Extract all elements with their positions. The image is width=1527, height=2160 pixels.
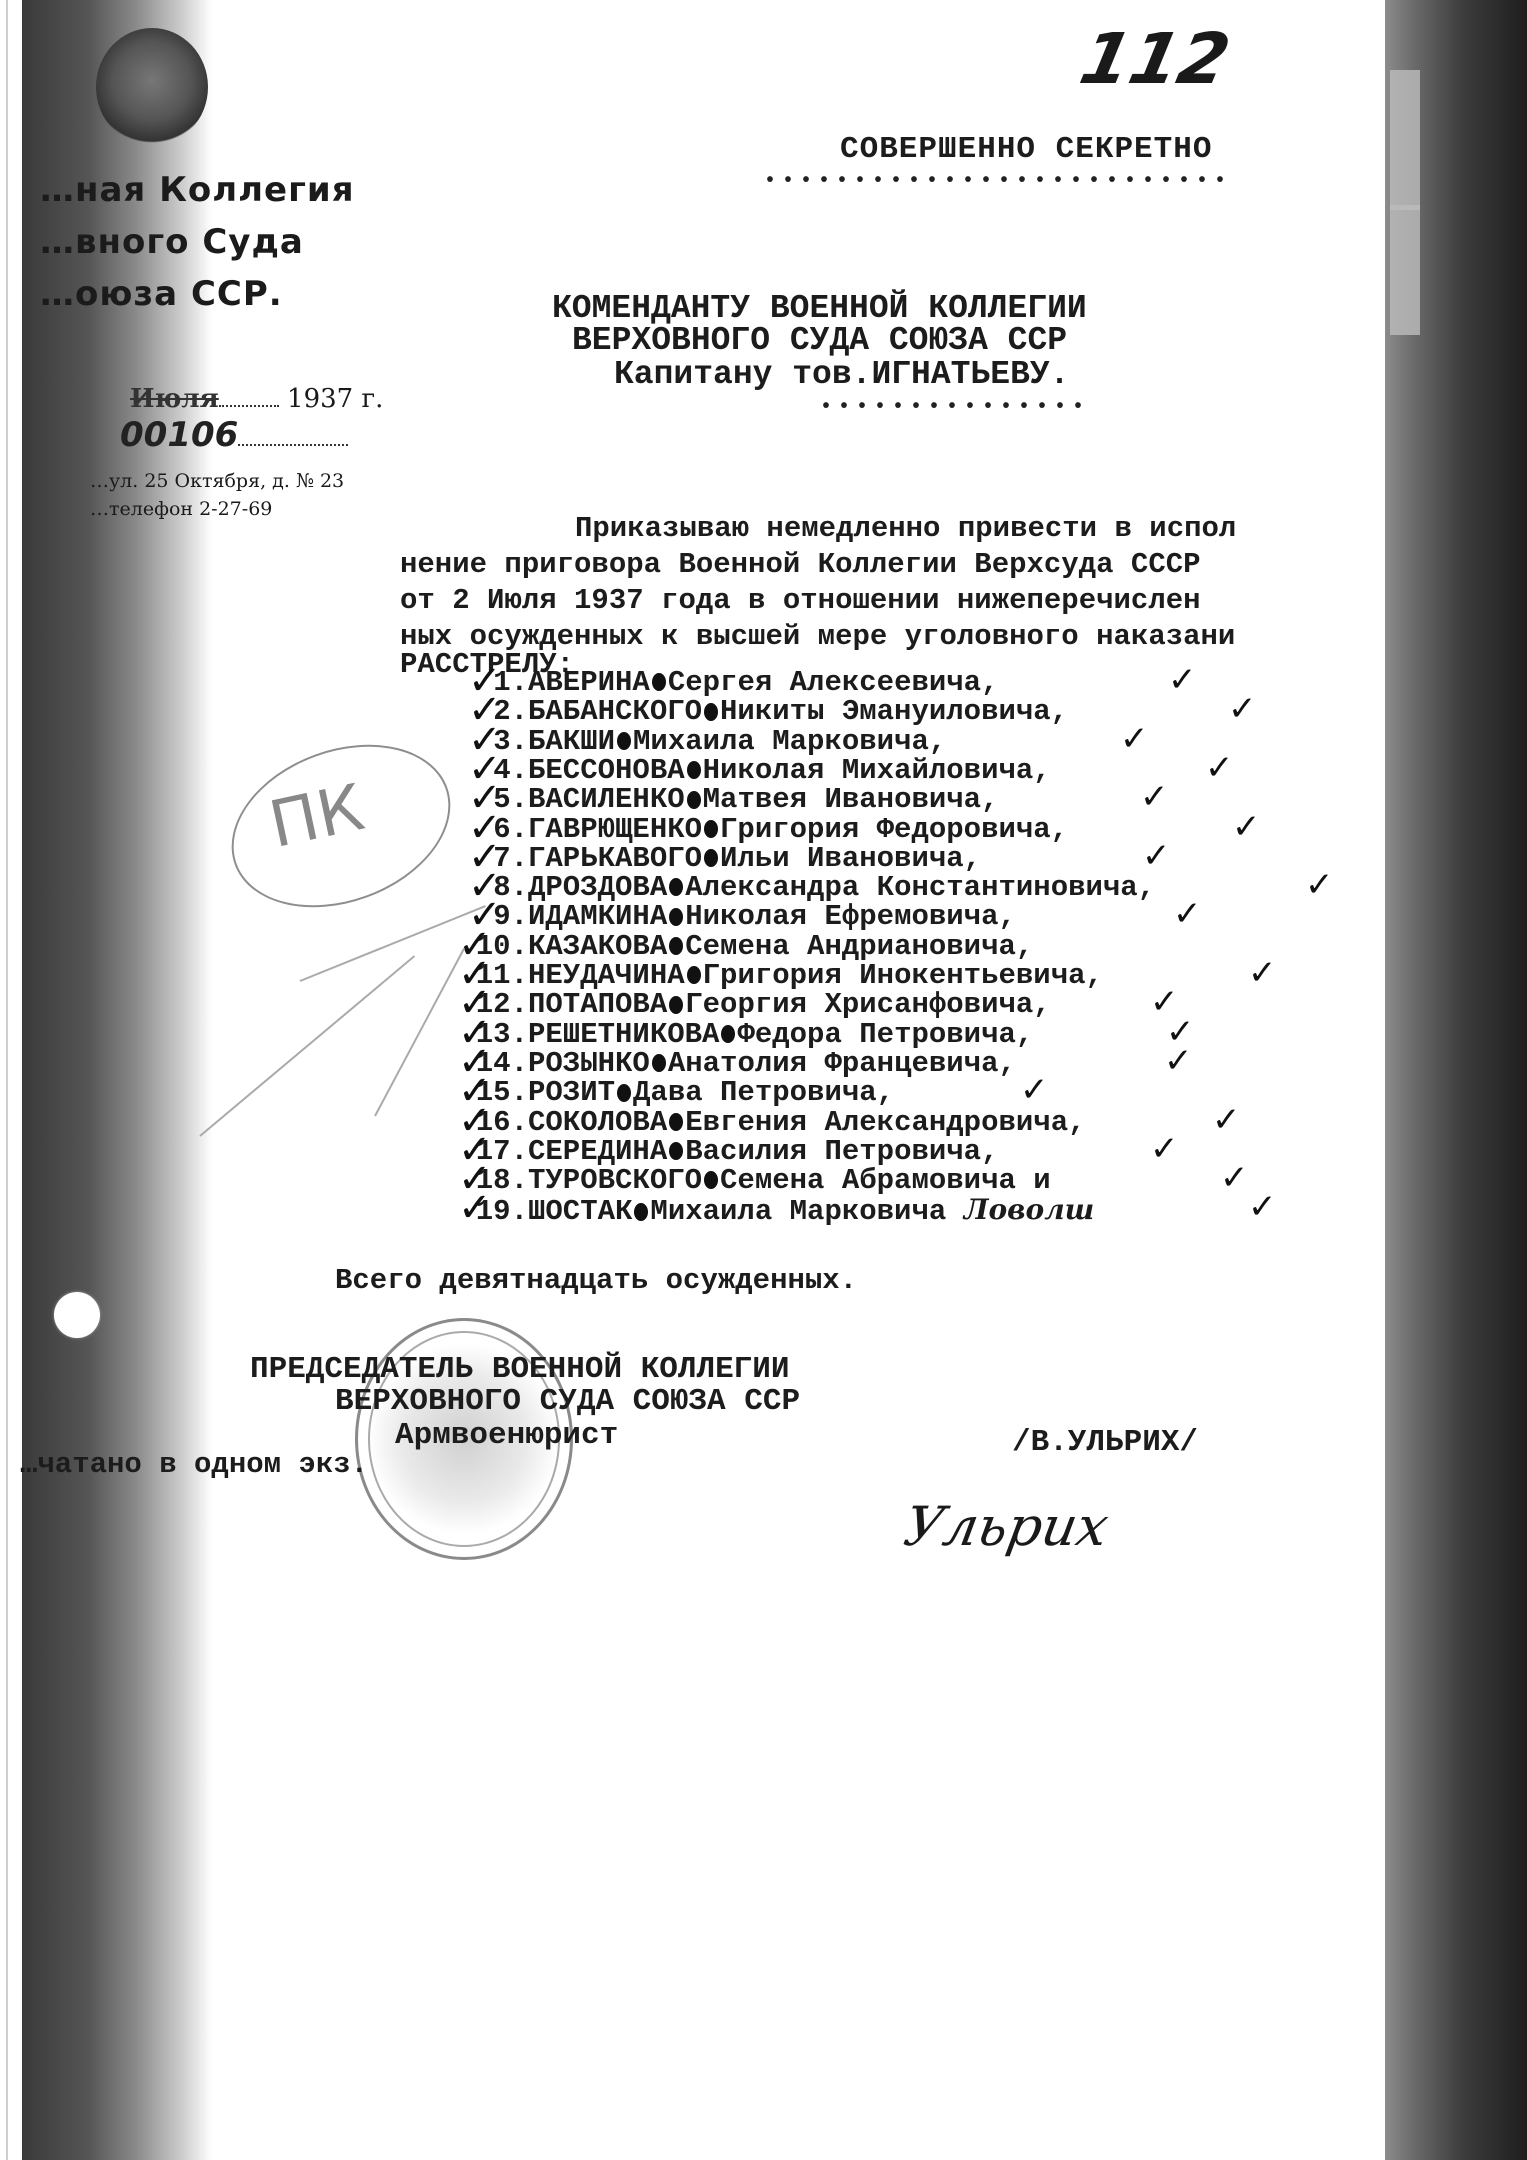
check-mark-icon: ✓ — [1248, 953, 1277, 993]
binding-tab — [1390, 70, 1420, 210]
list-item: 15.РОЗИТДава Петровича, — [470, 1076, 894, 1109]
check-mark-icon: ✓ — [1164, 1041, 1193, 1081]
list-item: 5.ВАСИЛЕНКОМатвея Ивановича, — [470, 783, 999, 816]
list-item-given-names: Михаила Марковича, — [633, 725, 946, 758]
signatory-rank: Армвоенюрист — [395, 1418, 618, 1453]
list-item-given-names: Никиты Эмануиловича, — [720, 695, 1068, 728]
list-item-surname: АВЕРИНА — [528, 666, 650, 699]
addressee-dots: ••••••••••••••• — [820, 396, 1090, 419]
list-item-given-names: Дава Петровича, — [633, 1076, 894, 1109]
list-item-surname: СЕРЕДИНА — [528, 1135, 667, 1168]
list-item-surname: ГАРЬКАВОГО — [528, 842, 702, 875]
list-item: 13.РЕШЕТНИКОВАФедора Петровича, — [470, 1018, 1033, 1051]
list-item: 11.НЕУДАЧИНАГригория Инокентьевича, — [470, 959, 1103, 992]
list-item: 12.ПОТАПОВАГеоргия Хрисанфовича, — [470, 988, 1051, 1021]
classification-dots: •••••••••••••••••••••••••• — [764, 170, 1232, 193]
list-item-surname: ШОСТАК — [528, 1195, 632, 1228]
signatory-title-line-2: ВЕРХОВНОГО СУДА СОЮЗА ССР — [335, 1384, 800, 1419]
document-number: 00106 — [120, 415, 238, 455]
list-item-surname: КАЗАКОВА — [528, 930, 667, 963]
pencil-stroke — [374, 948, 465, 1117]
check-mark-icon: ✓ — [1120, 719, 1149, 759]
list-item-surname: НЕУДАЧИНА — [528, 959, 685, 992]
scan-shadow-left — [22, 0, 212, 2160]
list-item: 3.БАКШИМихаила Марковича, — [470, 725, 946, 758]
list-item-surname: РОЗИТ — [528, 1076, 615, 1109]
ink-blot-icon — [669, 908, 683, 926]
check-mark-icon: ✓ — [1212, 1100, 1241, 1140]
ink-blot-icon — [687, 791, 701, 809]
list-item: 1.АВЕРИНАСергея Алексеевича, — [470, 666, 998, 699]
ink-blot-icon — [704, 1171, 718, 1189]
list-item-given-names: Сергея Алексеевича, — [668, 666, 999, 699]
list-item-given-names: Михаила Марковича — [650, 1195, 946, 1228]
list-item-given-names: Григория Инокентьевича, — [703, 959, 1103, 992]
letterhead-date: Июля 1937 г. — [130, 384, 383, 414]
ink-blot-icon — [652, 673, 666, 691]
ink-blot-icon — [617, 732, 631, 750]
check-mark-icon: ✓ — [1205, 748, 1234, 788]
ink-blot-icon — [704, 820, 718, 838]
ink-blot-icon — [669, 996, 683, 1014]
check-mark-icon: ✓ — [1142, 836, 1171, 876]
list-item-given-names: Григория Федоровича, — [720, 813, 1068, 846]
classification-heading: СОВЕРШЕННО СЕКРЕТНО — [840, 132, 1212, 167]
date-year: 1937 г. — [287, 384, 383, 414]
ink-blot-icon — [634, 1203, 648, 1221]
list-item: 9.ИДАМКИНАНиколая Ефремовича, — [470, 900, 1016, 933]
list-item: 17.СЕРЕДИНАВасилия Петровича, — [470, 1135, 999, 1168]
list-item: 4.БЕССОНОВАНиколая Михайловича, — [470, 754, 1051, 787]
check-mark-icon: ✓ — [1150, 1129, 1179, 1169]
list-item-given-names: Александра Константиновича, — [685, 871, 1155, 904]
order-line-2: нение приговора Военной Коллегии Верхсуд… — [400, 546, 1201, 584]
letterhead-line-1: …ная Коллегия — [40, 170, 355, 210]
ink-blot-icon — [669, 937, 683, 955]
ink-blot-icon — [721, 1025, 735, 1043]
check-mark-icon: ✓ — [1168, 660, 1197, 700]
list-item-surname: ВАСИЛЕНКО — [528, 783, 685, 816]
list-item-surname: РОЗЫНКО — [528, 1047, 650, 1080]
addressee-line-2: ВЕРХОВНОГО СУДА СОЮЗА ССР — [572, 322, 1067, 359]
check-mark-icon: ✓ — [1140, 777, 1169, 817]
letterhead-line-3: …оюза ССР. — [40, 274, 283, 314]
check-mark-icon: ✓ — [1248, 1187, 1277, 1227]
list-item-given-names: Семена Абрамовича и — [720, 1164, 1051, 1197]
ink-blot-icon — [704, 703, 718, 721]
total-line: Всего девятнадцать осужденных. — [335, 1262, 857, 1300]
check-mark-icon: ✓ — [458, 1185, 492, 1231]
letterhead-address: …ул. 25 Октября, д. № 23 — [90, 470, 344, 492]
list-item-surname: ТУРОВСКОГО — [528, 1164, 702, 1197]
punch-hole — [54, 1292, 100, 1338]
list-item: 8.ДРОЗДОВААлександра Константиновича, — [470, 871, 1155, 904]
list-item-surname: ПОТАПОВА — [528, 988, 667, 1021]
ink-blot-icon — [704, 849, 718, 867]
handwritten-signature: Ульрих — [899, 1495, 1113, 1558]
order-line-1: Приказываю немедленно привести в испол — [575, 510, 1236, 548]
list-item-surname: БАБАНСКОГО — [528, 695, 702, 728]
list-item-surname: ДРОЗДОВА — [528, 871, 667, 904]
check-mark-icon: ✓ — [1232, 807, 1261, 847]
ink-blot-icon — [687, 966, 701, 984]
letterhead-line-2: …вного Суда — [40, 222, 304, 262]
signatory-name: /В.УЛЬРИХ/ — [1012, 1425, 1198, 1460]
date-month: Июля — [130, 384, 219, 414]
letterhead-number: 00106 — [120, 415, 348, 455]
page-edge — [6, 0, 8, 2160]
ink-blot-icon — [669, 1113, 683, 1131]
list-item-given-names: Николая Ефремовича, — [685, 900, 1016, 933]
list-item: 2.БАБАНСКОГОНикиты Эмануиловича, — [470, 695, 1068, 728]
binding-tab — [1390, 205, 1420, 335]
signatory-title-line-1: ПРЕДСЕДАТЕЛЬ ВОЕННОЙ КОЛЛЕГИИ — [250, 1352, 790, 1387]
check-mark-icon: ✓ — [1305, 865, 1334, 905]
list-item-given-names: Николая Михайловича, — [703, 754, 1051, 787]
ink-blot-icon — [617, 1084, 631, 1102]
list-item-surname: ГАВРЮЩЕНКО — [528, 813, 702, 846]
list-item-given-names: Георгия Хрисанфовича, — [685, 988, 1050, 1021]
list-item-given-names: Семена Андриановича, — [685, 930, 1033, 963]
list-item-surname: БАКШИ — [528, 725, 615, 758]
list-item: 7.ГАРЬКАВОГОИльи Ивановича, — [470, 842, 981, 875]
ink-blot-icon — [669, 1142, 683, 1160]
pencil-stroke — [199, 955, 415, 1137]
list-item: 19.ШОСТАКМихаила Марковича Ловолш — [470, 1193, 1094, 1228]
check-mark-icon: ✓ — [1173, 894, 1202, 934]
check-mark-icon: ✓ — [1220, 1158, 1249, 1198]
addressee-line-3: Капитану тов.ИГНАТЬЕВУ. — [614, 356, 1069, 393]
list-item-surname: РЕШЕТНИКОВА — [528, 1018, 719, 1051]
list-item: 16.СОКОЛОВАЕвгения Александровича, — [470, 1106, 1086, 1139]
handwritten-annotation: Ловолш — [964, 1193, 1095, 1226]
check-mark-icon: ✓ — [1228, 689, 1257, 729]
list-item: 14.РОЗЫНКОАнатолия Францевича, — [470, 1047, 1016, 1080]
ink-blot-icon — [669, 878, 683, 896]
list-item-given-names: Федора Петровича, — [737, 1018, 1033, 1051]
ussr-emblem-icon — [96, 28, 208, 146]
check-mark-icon: ✓ — [1020, 1070, 1049, 1110]
list-item-given-names: Евгения Александровича, — [685, 1106, 1085, 1139]
folio-number: 112 — [1073, 18, 1237, 100]
order-line-3: от 2 Июля 1937 года в отношении нижепере… — [400, 582, 1201, 620]
list-item: 6.ГАВРЮЩЕНКОГригория Федоровича, — [470, 813, 1068, 846]
list-item-surname: СОКОЛОВА — [528, 1106, 667, 1139]
list-item: 10.КАЗАКОВАСемена Андриановича, — [470, 930, 1033, 963]
ink-blot-icon — [652, 1054, 666, 1072]
copies-note: …чатано в одном экз. — [20, 1448, 368, 1481]
list-item-given-names: Матвея Ивановича, — [703, 783, 999, 816]
list-item-surname: ИДАМКИНА — [528, 900, 667, 933]
list-item-given-names: Анатолия Францевича, — [668, 1047, 1016, 1080]
list-item: 18.ТУРОВСКОГОСемена Абрамовича и — [470, 1164, 1051, 1197]
list-item-given-names: Ильи Ивановича, — [720, 842, 981, 875]
list-item-surname: БЕССОНОВА — [528, 754, 685, 787]
letterhead-phone: …телефон 2-27-69 — [90, 498, 272, 520]
ink-blot-icon — [687, 761, 701, 779]
list-item-given-names: Василия Петровича, — [685, 1135, 998, 1168]
